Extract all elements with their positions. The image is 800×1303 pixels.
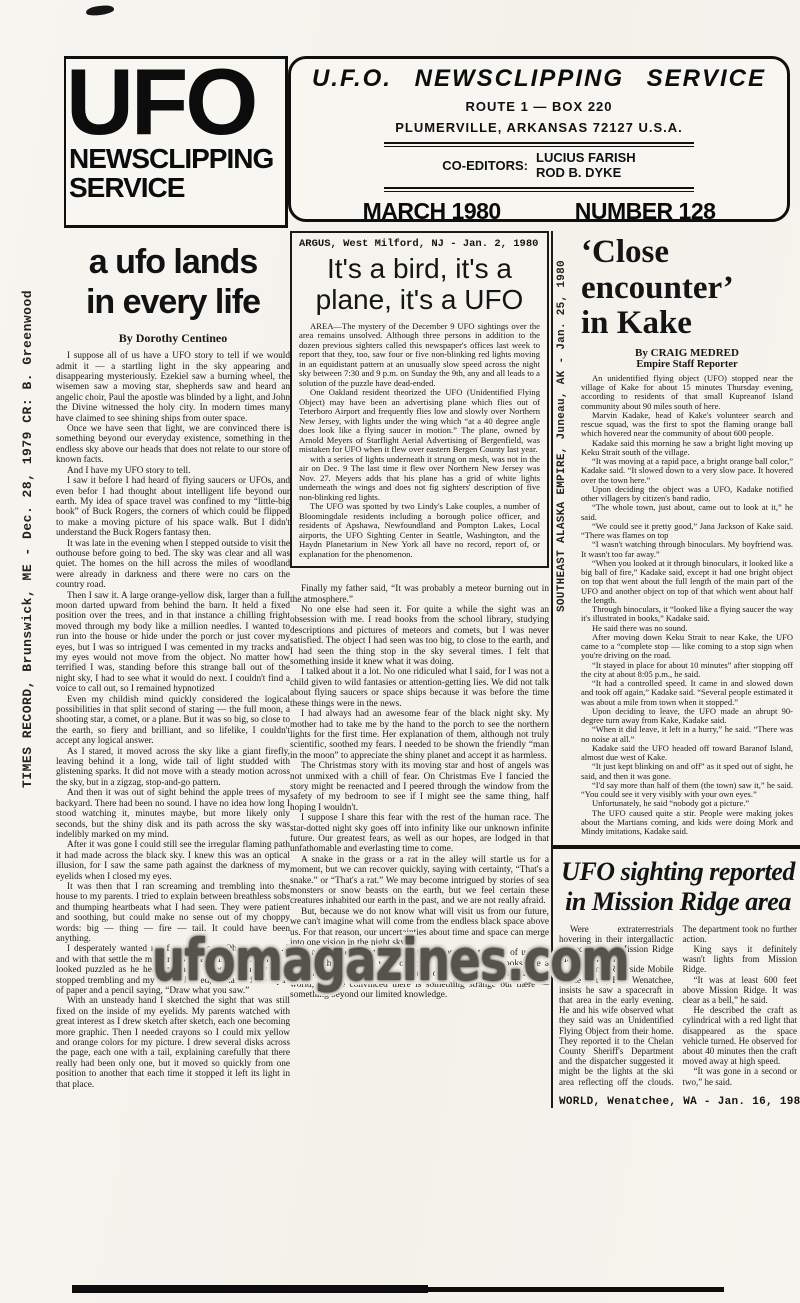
paragraph: Kadake said this morning he saw a bright… <box>581 439 793 458</box>
coeditors-names: LUCIUS FARISH ROD B. DYKE <box>536 151 636 180</box>
paragraph: “It was gone in a second or two,” he sai… <box>683 1066 798 1086</box>
kake-headline: ‘Close encounter’ in Kake <box>581 235 793 342</box>
paragraph: Upon deciding the object was a UFO, Kada… <box>581 485 793 504</box>
bird-plane-headline-line1: It's a bird, it's a <box>299 253 540 284</box>
paragraph: “When you looked at it through binocular… <box>581 559 793 605</box>
masthead-issue-row: MARCH 1980 NUMBER 128 <box>291 198 787 225</box>
article-close-encounter-kake: ‘Close encounter’ in Kake By CRAIG MEDRE… <box>553 231 800 836</box>
paragraph: “It had a controlled speed. It came in a… <box>581 679 793 707</box>
column-2: ARGUS, West Milford, NJ - Jan. 2, 1980 I… <box>290 231 549 1000</box>
mission-ridge-headline-line1: UFO sighting reported <box>559 857 797 887</box>
kake-headline-line3: in Kake <box>581 306 793 342</box>
paragraph: “We could see it pretty good,” Jana Jack… <box>581 522 793 541</box>
kake-byline2: Empire Staff Reporter <box>581 359 793 370</box>
paragraph: “It was moving at a rapid pace, a bright… <box>581 457 793 485</box>
issue-date: MARCH 1980 <box>363 198 501 225</box>
masthead-logo-box: UFO NEWSCLIPPING SERVICE <box>64 56 288 228</box>
paragraph: I talked about it a lot. No one ridicule… <box>290 667 549 709</box>
masthead-address-line2: PLUMERVILLE, ARKANSAS 72127 U.S.A. <box>291 120 787 135</box>
logo-ufo-text: UFO <box>66 59 285 145</box>
paragraph: It was late in the evening when I steppe… <box>56 539 290 591</box>
bird-plane-headline: It's a bird, it's a plane, it's a UFO <box>299 253 540 316</box>
paragraph: AREA—The mystery of the December 9 UFO s… <box>299 322 540 389</box>
paragraph: After it was gone I could still see the … <box>56 840 290 882</box>
masthead-divider-bottom <box>384 187 694 192</box>
paragraph: Then I saw it. A large orange-yellow dis… <box>56 591 290 695</box>
paragraph: King says it definitely wasn't lights fr… <box>683 944 798 975</box>
paragraph: The UFO caused quite a stir. People were… <box>581 809 793 837</box>
article-bird-plane: ARGUS, West Milford, NJ - Jan. 2, 1980 I… <box>290 231 549 568</box>
mission-ridge-headline-line2: in Mission Ridge area <box>559 887 797 917</box>
coeditor-2: ROD B. DYKE <box>536 166 636 181</box>
paragraph: “The whole town, just about, came out to… <box>581 503 793 522</box>
mission-ridge-headline: UFO sighting reported in Mission Ridge a… <box>559 857 797 916</box>
bird-plane-body: AREA—The mystery of the December 9 UFO s… <box>299 322 540 560</box>
paragraph: Once we have seen that light, we are con… <box>56 424 290 466</box>
paragraph: Kadake said the UFO headed off toward Ba… <box>581 744 793 763</box>
paragraph: Marvin Kadake, head of Kake's volunteer … <box>581 411 793 439</box>
paragraph: with a series of lights underneath it st… <box>299 455 540 503</box>
paragraph: “It stayed in place for about 10 minutes… <box>581 661 793 680</box>
mission-ridge-dateline: WORLD, Wenatchee, WA - Jan. 16, 1980 <box>559 1096 797 1108</box>
paragraph: The UFO was spotted by two Lindy's Lake … <box>299 502 540 559</box>
ufo-lands-headline: a ufo lands in every life <box>56 242 290 322</box>
logo-service-text: SERVICE <box>69 174 285 203</box>
paragraph: “When it did leave, it left in a hurry,”… <box>581 725 793 744</box>
paragraph: Even my childish mind quickly considered… <box>56 695 290 747</box>
watermark: ufomagazines.com <box>152 926 629 994</box>
paragraph: “I wasn't watching through binoculars. M… <box>581 540 793 559</box>
coeditors-label: CO-EDITORS: <box>442 158 528 173</box>
paragraph: I had always had an awesome fear of the … <box>290 709 549 761</box>
coeditor-1: LUCIUS FARISH <box>536 151 636 166</box>
bottom-scan-bar-right <box>428 1287 724 1292</box>
paragraph: I suppose I share this fear with the res… <box>290 813 549 855</box>
ufo-lands-headline-line1: a ufo lands <box>56 242 290 282</box>
paragraph: As I stared, it moved across the sky lik… <box>56 747 290 789</box>
bird-plane-dateline: ARGUS, West Milford, NJ - Jan. 2, 1980 <box>299 238 540 250</box>
paragraph: The Christmas story with its moving star… <box>290 761 549 813</box>
ufo-lands-headline-line2: in every life <box>56 282 290 322</box>
paragraph: I saw it before I had heard of flying sa… <box>56 476 290 538</box>
newsletter-page: UFO NEWSCLIPPING SERVICE U.F.O. NEWSCLIP… <box>0 0 800 1303</box>
scan-artifact-mark <box>86 5 115 17</box>
paragraph: No one else had seen it. For quite a whi… <box>290 605 549 667</box>
kake-headline-line1: ‘Close <box>581 235 793 271</box>
paragraph: Upon deciding to leave, the UFO made an … <box>581 707 793 726</box>
ufo-lands-byline: By Dorothy Centineo <box>56 331 290 346</box>
paragraph: A snake in the grass or a rat in the all… <box>290 855 549 907</box>
paragraph: “I'd say more than half of them (the tow… <box>581 781 793 800</box>
paragraph: With an unsteady hand I sketched the sig… <box>56 996 290 1090</box>
paragraph: And I have my UFO story to tell. <box>56 466 290 476</box>
issue-number: NUMBER 128 <box>575 198 716 225</box>
paragraph: “It just kept blinking on and off” as it… <box>581 762 793 781</box>
masthead-info-box: U.F.O. NEWSCLIPPING SERVICE ROUTE 1 — BO… <box>288 56 790 222</box>
kake-headline-line2: encounter’ <box>581 271 793 307</box>
paragraph: And then it was out of sight behind the … <box>56 788 290 840</box>
paragraph: “It was at least 600 feet above Mission … <box>683 975 798 1006</box>
logo-newsclipping-text: NEWSCLIPPING <box>69 145 285 174</box>
bottom-scan-bar-left <box>72 1285 428 1293</box>
paragraph: An unidentified flying object (UFO) stop… <box>581 374 793 411</box>
source-credit-times-record: TIMES RECORD, Brunswick, ME - Dec. 28, 1… <box>20 290 35 788</box>
bird-plane-headline-line2: plane, it's a UFO <box>299 284 540 315</box>
masthead-divider-top <box>384 142 694 147</box>
masthead-coeditors: CO-EDITORS: LUCIUS FARISH ROD B. DYKE <box>291 151 787 180</box>
kake-body: An unidentified flying object (UFO) stop… <box>581 374 793 837</box>
masthead-address-line1: ROUTE 1 — BOX 220 <box>291 99 787 114</box>
kake-byline: By CRAIG MEDRED <box>581 347 793 359</box>
paragraph: I suppose all of us have a UFO story to … <box>56 351 290 424</box>
paragraph: Finally my father said, “It was probably… <box>290 584 549 605</box>
paragraph: Through binoculars, it “looked like a fl… <box>581 605 793 624</box>
paragraph: One Oakland resident theorized the UFO (… <box>299 388 540 455</box>
masthead-title: U.F.O. NEWSCLIPPING SERVICE <box>291 65 787 93</box>
paragraph: After moving down Keku Strait to near Ka… <box>581 633 793 661</box>
paragraph: He described the craft as cylindrical wi… <box>683 1005 798 1066</box>
